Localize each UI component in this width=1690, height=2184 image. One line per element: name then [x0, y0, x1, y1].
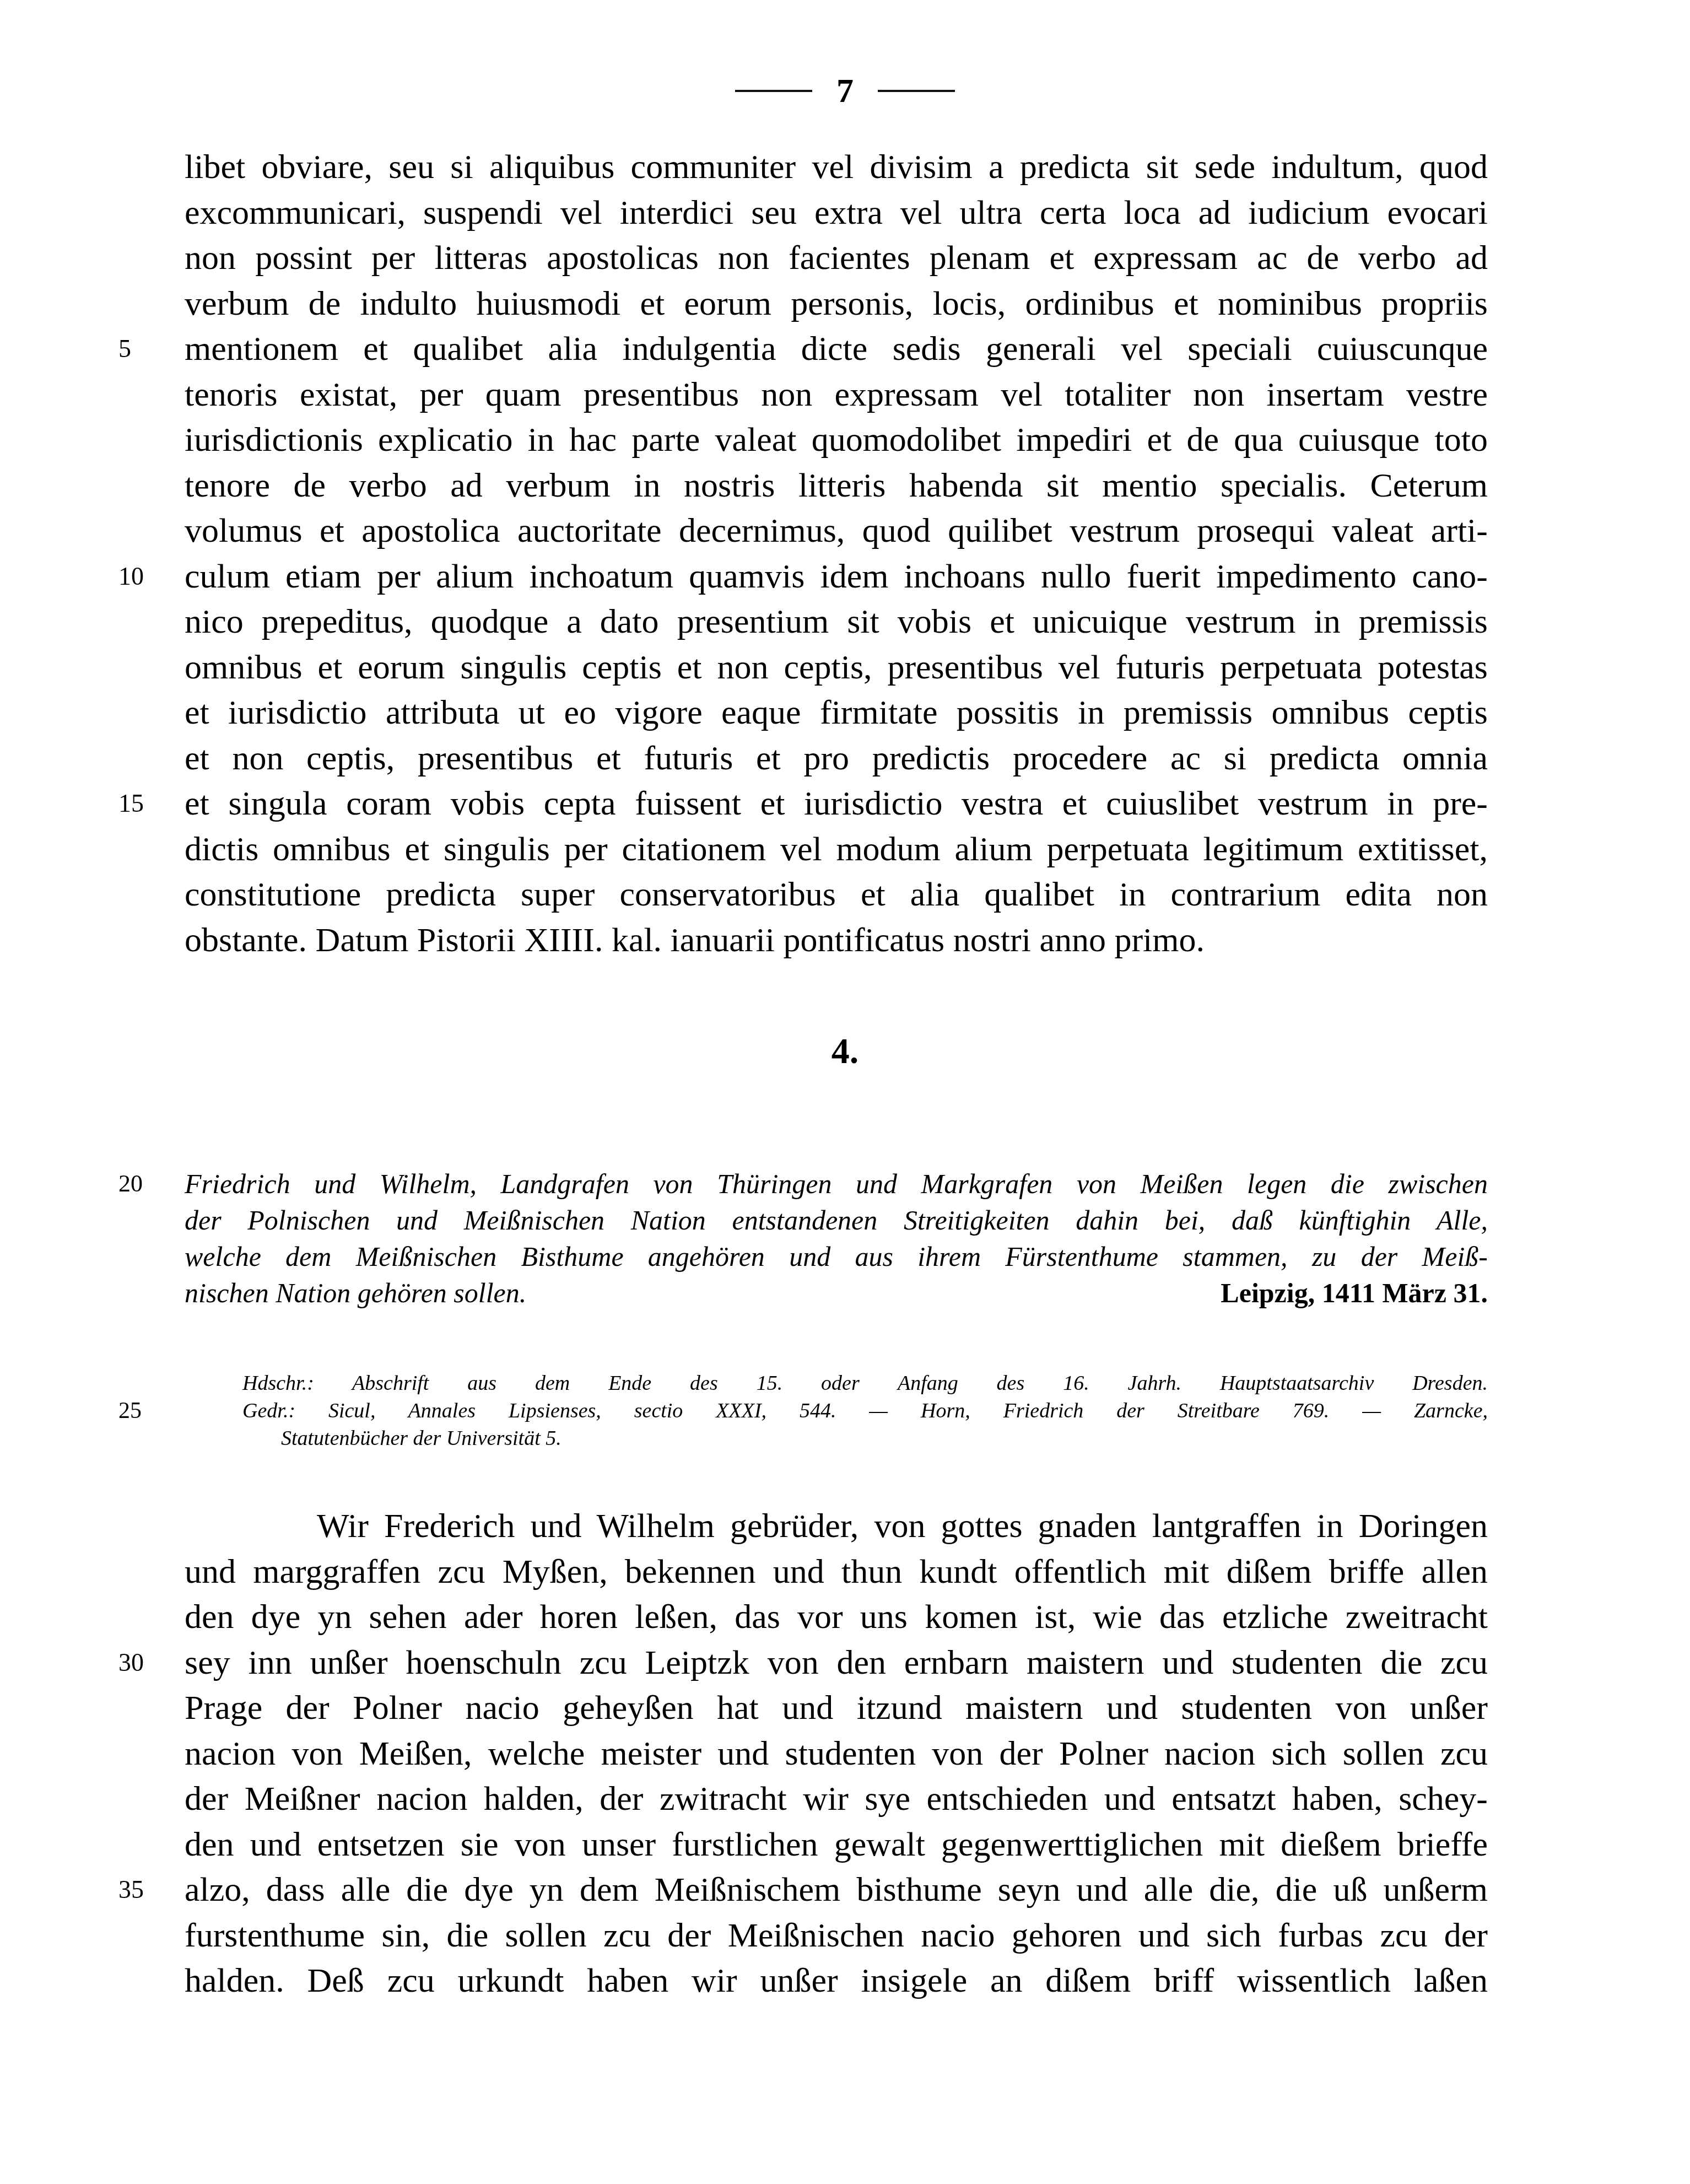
line-number: 20 [118, 1166, 163, 1202]
line-text: omnibus et eorum singulis ceptis et non … [185, 649, 1488, 686]
line-text: Hdschr.: Abschrift aus dem Ende des 15. … [242, 1372, 1488, 1395]
text-line: Hdschr.: Abschrift aus dem Ende des 15. … [185, 1369, 1488, 1397]
text-line: nico prepeditus, quodque a dato presenti… [185, 599, 1488, 645]
line-text: alzo, dass alle die dye yn dem Meißnisch… [185, 1871, 1488, 1908]
line-text: nacion von Meißen, welche meister und st… [185, 1735, 1488, 1772]
line-text: welche dem Meißnischen Bisthume angehöre… [185, 1241, 1488, 1272]
text-line: omnibus et eorum singulis ceptis et non … [185, 645, 1488, 691]
line-text: non possint per litteras apostolicas non… [185, 239, 1488, 277]
line-number: 5 [118, 326, 163, 372]
text-line: dictis omnibus et singulis per citatione… [185, 827, 1488, 872]
text-line: 35alzo, dass alle die dye yn dem Meißnis… [185, 1867, 1488, 1913]
text-line: tenoris existat, per quam presentibus no… [185, 372, 1488, 418]
text-line: constitutione predicta super conservator… [185, 872, 1488, 918]
text-line: halden. Deß zcu urkundt haben wir unßer … [185, 1958, 1488, 2004]
text-line: der Polnischen und Meißnischen Nation en… [185, 1202, 1488, 1238]
german-text-block: Wir Frederich und Wilhelm gebrüder, von … [185, 1503, 1488, 2004]
page-number: 7 [836, 72, 854, 111]
line-number: 15 [118, 781, 163, 827]
text-line: nischen Nation gehören sollen.Leipzig, 1… [185, 1275, 1488, 1311]
text-line: volumus et apostolica auctoritate decern… [185, 508, 1488, 554]
text-line: obstante. Datum Pistorii XIIII. kal. ian… [185, 918, 1488, 963]
text-line: nacion von Meißen, welche meister und st… [185, 1731, 1488, 1777]
text-line: und marggraffen zcu Myßen, bekennen und … [185, 1549, 1488, 1595]
text-line: non possint per litteras apostolicas non… [185, 235, 1488, 281]
header-rule-right [878, 90, 955, 92]
text-line: furstenthume sin, die sollen zcu der Mei… [185, 1913, 1488, 1959]
line-text: et iurisdictio attributa ut eo vigore ea… [185, 694, 1488, 731]
text-line: et non ceptis, presentibus et futuris et… [185, 736, 1488, 781]
line-text: volumus et apostolica auctoritate decern… [185, 512, 1488, 549]
line-text: constitutione predicta super conservator… [185, 876, 1488, 913]
line-text: tenore de verbo ad verbum in nostris lit… [185, 467, 1488, 504]
line-text: halden. Deß zcu urkundt haben wir unßer … [185, 1962, 1488, 1999]
line-text: culum etiam per alium inchoatum quamvis … [185, 558, 1488, 595]
text-line: et iurisdictio attributa ut eo vigore ea… [185, 690, 1488, 736]
text-line: excommunicari, suspendi vel interdici se… [185, 190, 1488, 236]
place-date: Leipzig, 1411 März 31. [1221, 1275, 1488, 1311]
line-text: nischen Nation gehören sollen. [185, 1275, 526, 1311]
text-line: 30sey inn unßer hoenschuln zcu Leiptzk v… [185, 1640, 1488, 1686]
text-line: 25Gedr.: Sicul, Annales Lipsienses, sect… [185, 1397, 1488, 1425]
line-text: sey inn unßer hoenschuln zcu Leiptzk von… [185, 1644, 1488, 1681]
line-text: nico prepeditus, quodque a dato presenti… [185, 603, 1488, 640]
line-text: iurisdictionis explicatio in hac parte v… [185, 421, 1488, 459]
text-line: den und entsetzen sie von unser furstlic… [185, 1822, 1488, 1868]
line-text: et non ceptis, presentibus et futuris et… [185, 740, 1488, 777]
header-rule-left [735, 90, 812, 92]
page-header: 7 [0, 66, 1690, 116]
text-line: tenore de verbo ad verbum in nostris lit… [185, 463, 1488, 509]
line-text: Wir Frederich und Wilhelm gebrüder, von … [317, 1507, 1488, 1545]
text-line: verbum de indulto huiusmodi et eorum per… [185, 281, 1488, 327]
line-text: excommunicari, suspendi vel interdici se… [185, 194, 1488, 231]
text-line: welche dem Meißnischen Bisthume angehöre… [185, 1238, 1488, 1275]
line-text: verbum de indulto huiusmodi et eorum per… [185, 285, 1488, 322]
line-text: Prage der Polner nacio geheyßen hat und … [185, 1689, 1488, 1727]
line-text: furstenthume sin, die sollen zcu der Mei… [185, 1917, 1488, 1954]
text-line: 10culum etiam per alium inchoatum quamvi… [185, 554, 1488, 600]
line-text: mentionem et qualibet alia indulgentia d… [185, 330, 1488, 368]
latin-text-block: libet obviare, seu si aliquibus communit… [185, 144, 1488, 963]
line-text: den dye yn sehen ader horen leßen, das v… [185, 1598, 1488, 1636]
line-number: 10 [118, 554, 163, 600]
line-number: 35 [118, 1867, 163, 1913]
text-line: Prage der Polner nacio geheyßen hat und … [185, 1685, 1488, 1731]
line-text: libet obviare, seu si aliquibus communit… [185, 148, 1488, 186]
text-line: libet obviare, seu si aliquibus communit… [185, 144, 1488, 190]
line-text: tenoris existat, per quam presentibus no… [185, 376, 1488, 413]
line-text: Gedr.: Sicul, Annales Lipsienses, sectio… [242, 1399, 1488, 1422]
text-line: Statutenbücher der Universität 5. [185, 1425, 1488, 1452]
line-text: der Polnischen und Meißnischen Nation en… [185, 1205, 1488, 1236]
text-line: Wir Frederich und Wilhelm gebrüder, von … [185, 1503, 1488, 1549]
regest-block: 20Friedrich und Wilhelm, Landgrafen von … [185, 1166, 1488, 1311]
text-line: der Meißner nacion halden, der zwitracht… [185, 1776, 1488, 1822]
text-line: 20Friedrich und Wilhelm, Landgrafen von … [185, 1166, 1488, 1202]
line-text: Friedrich und Wilhelm, Landgrafen von Th… [185, 1168, 1488, 1199]
text-line: 15et singula coram vobis cepta fuissent … [185, 781, 1488, 827]
text-line: den dye yn sehen ader horen leßen, das v… [185, 1594, 1488, 1640]
document-number: 4. [0, 1031, 1690, 1072]
line-number: 30 [118, 1640, 163, 1686]
text-line: iurisdictionis explicatio in hac parte v… [185, 417, 1488, 463]
line-number: 25 [118, 1397, 163, 1425]
line-text: et singula coram vobis cepta fuissent et… [185, 785, 1488, 822]
line-text: obstante. Datum Pistorii XIIII. kal. ian… [185, 921, 1205, 959]
line-text: den und entsetzen sie von unser furstlic… [185, 1826, 1488, 1863]
line-text: dictis omnibus et singulis per citatione… [185, 831, 1488, 868]
sources-block: Hdschr.: Abschrift aus dem Ende des 15. … [185, 1369, 1488, 1452]
line-text: Statutenbücher der Universität 5. [281, 1427, 561, 1450]
text-line: 5mentionem et qualibet alia indulgentia … [185, 326, 1488, 372]
line-text: der Meißner nacion halden, der zwitracht… [185, 1780, 1488, 1818]
line-text: und marggraffen zcu Myßen, bekennen und … [185, 1553, 1488, 1590]
